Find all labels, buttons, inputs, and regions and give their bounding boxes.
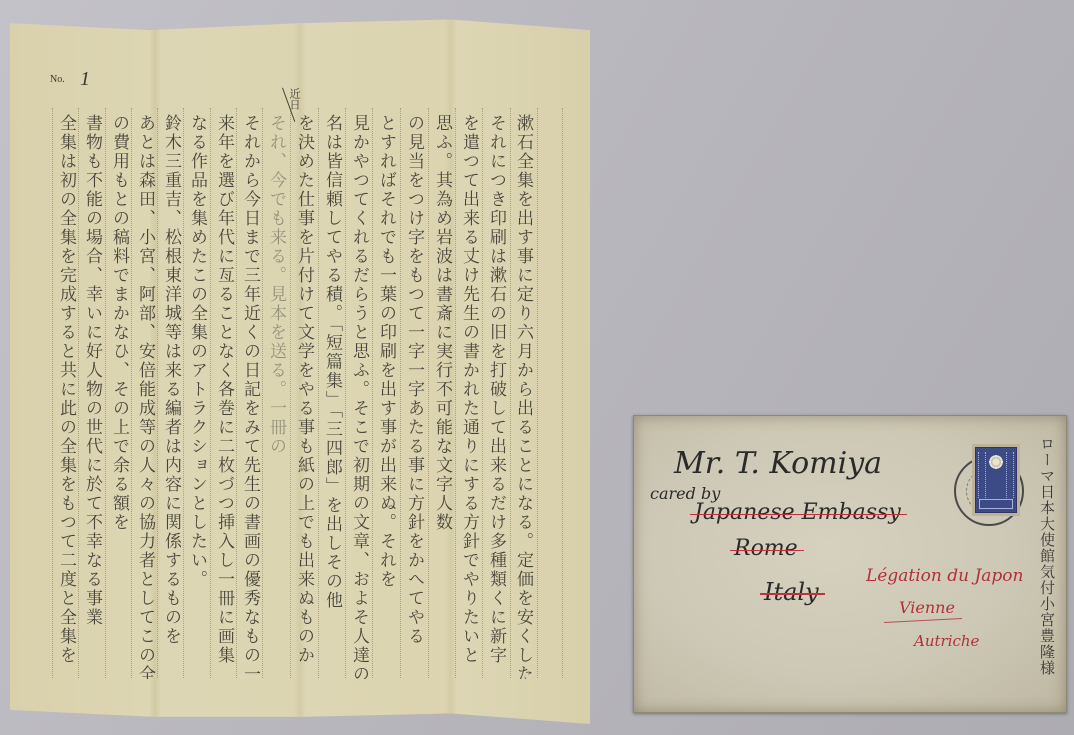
stamp-face <box>975 447 1017 513</box>
rule-line <box>290 108 291 678</box>
envelope: Mr. T. Komiya cared by Japanese Embassy … <box>633 415 1067 713</box>
letter-column-15: あとは森田、小宮、阿部、安倍能成等の人々の協力者としてこの全集 <box>133 114 157 679</box>
letter-column-12: 来年を選び年代に亙ることなく各巻に二枚づつ挿入し一冊に画集 <box>212 114 236 665</box>
letter-column-18: 全集は初の全集を完成すると共に此の全集をもつて二度と全集を <box>54 114 78 665</box>
rule-line <box>262 108 263 678</box>
chrysanthemum-crest-icon <box>988 454 1004 470</box>
letter-column-3: を遣つて出来る丈け先生の書かれた通りにする方針でやりたいと <box>457 114 481 665</box>
letter-number-label: No. <box>50 74 65 85</box>
rule-line <box>318 108 319 678</box>
letter-column-2: それにつき印刷は漱石の旧を打破して出来るだけ多種類くに新字 <box>484 114 508 665</box>
rule-line <box>428 108 429 678</box>
rule-line <box>236 108 237 678</box>
letter-column-1: 漱石全集を出す事に定り六月から出ることになる。定価を安くしたうへ <box>511 114 535 679</box>
rule-line <box>157 108 158 678</box>
rule-line <box>345 108 346 678</box>
forward-address-legation: Légation du Japon <box>866 566 1023 586</box>
forward-address-country: Autriche <box>914 632 979 650</box>
stamp-left-border <box>978 452 986 498</box>
letter-column-8: 名は皆信頼してやる積。「短篇集」「三四郎」を出しその他 <box>320 114 344 610</box>
struck-address-embassy: Japanese Embassy <box>694 500 901 525</box>
letter-column-17: 書物も不能の場合、幸いに好人物の世代に於て不幸なる事業 <box>80 114 104 627</box>
stamp-right-border <box>1006 452 1014 498</box>
letter-column-6: とすればそれでも一葉の印刷を出す事が出来ぬ。それを <box>374 114 398 589</box>
rule-line <box>105 108 106 678</box>
forward-address-city: Vienne <box>899 598 955 617</box>
rule-line <box>482 108 483 678</box>
letter-column-7: 見かやつてくれるだらうと思ふ。そこで初期の文章、およそ人達の <box>347 114 371 679</box>
stamp-value-panel <box>979 499 1013 509</box>
struck-address-city: Rome <box>734 536 798 561</box>
letter-column-16: の費用もとの稿料でまかなひ、その上で余る額を <box>107 114 131 532</box>
rule-line <box>131 108 132 678</box>
vertical-japanese-address: ローマ日本大使館気付小宮豊隆様 <box>1032 436 1058 706</box>
rule-line <box>78 108 79 678</box>
letter-column-13: なる作品を集めたこの全集のアトラクションとしたい。 <box>185 114 209 589</box>
rule-line <box>562 108 563 678</box>
rule-line <box>52 108 53 678</box>
rule-line <box>537 108 538 678</box>
addressee-name: Mr. T. Komiya <box>674 446 882 481</box>
struck-address-country: Italy <box>764 578 819 606</box>
letter-column-10: それ、今でも来る。見本を送る。一冊の <box>264 114 288 456</box>
chrysanthemum-stamp-icon <box>972 444 1020 516</box>
letter-column-4: 思ふ。其為め岩波は書斎に実行不可能な文字人数 <box>430 114 454 532</box>
letter-column-9: を決めた仕事を片付けて文学をやる事も紙の上でも出来ぬものか <box>292 114 316 665</box>
rule-line <box>210 108 211 678</box>
letter-column-14: 鈴木三重吉、松根東洋城等は来る編者は内容に関係するものを <box>159 114 183 646</box>
handwritten-letter: No. 1 漱石全集を出す事に定り六月から出ることになる。定価を安くしたうへ そ… <box>10 16 590 724</box>
rule-line <box>455 108 456 678</box>
letter-number-value: 1 <box>80 68 90 91</box>
letter-column-5: の見当をつけ字をもつて一字一字あたる事に方針をかへてやる <box>402 114 426 646</box>
rule-line <box>400 108 401 678</box>
rule-line <box>183 108 184 678</box>
letter-column-11: それから今日まで三年近くの日記をみて先生の書画の優秀なもの一冊 <box>238 114 262 679</box>
ruled-writing-area: 漱石全集を出す事に定り六月から出ることになる。定価を安くしたうへ それにつき印刷… <box>52 108 562 678</box>
rule-line <box>372 108 373 678</box>
forward-city-underline <box>884 618 962 623</box>
